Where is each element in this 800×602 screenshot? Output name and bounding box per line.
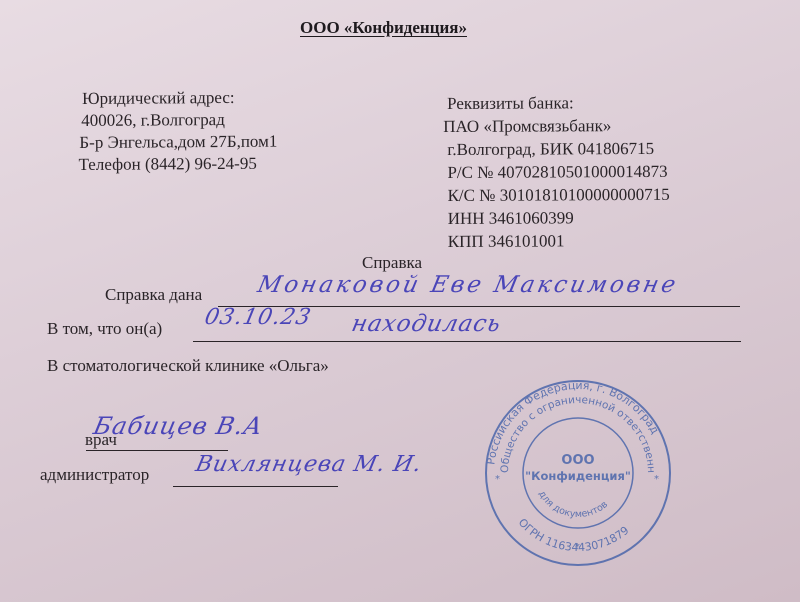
clinic-line: В стоматологической клинике «Ольга» [47, 356, 329, 376]
company-title: ООО «Конфиденция» [300, 18, 467, 38]
bank-line: К/С № 30101810100000000715 [447, 183, 669, 207]
status-handwritten: находилась [349, 311, 503, 337]
bank-details-block: Реквизиты банка: ПАО «Промсвязьбанк» г.В… [447, 91, 670, 253]
legal-address-line: 400026, г.Волгоград [78, 109, 277, 132]
stamp-center-top: ООО [561, 453, 594, 468]
document-page: ООО «Конфиденция» Юридический адрес: 400… [0, 0, 800, 602]
stamp-star-bottom: * [575, 542, 580, 553]
bank-heading: Реквизиты банка: [447, 91, 669, 115]
stamp-center-main: "Конфиденция" [525, 469, 631, 483]
administrator-signature: Вихлянцева М. И. [193, 452, 424, 477]
administrator-underline [173, 486, 338, 487]
certificate-heading: Справка [362, 253, 422, 273]
legal-address-heading: Юридический адрес: [78, 87, 277, 110]
issued-to-label: Справка дана [105, 285, 202, 305]
bank-line: КПП 346101001 [448, 229, 670, 253]
phone-line: Телефон (8442) 96-24-95 [78, 153, 277, 176]
bank-line: Р/С № 40702810501000014873 [447, 160, 669, 184]
stamp-bottom-text: ОГРН 1163443071879 [516, 516, 632, 554]
administrator-label: администратор [40, 465, 149, 485]
bank-line: ПАО «Промсвязьбанк» [443, 114, 669, 138]
issued-to-handwritten: Монаковой Еве Максимовне [255, 272, 681, 298]
svg-text:ОГРН 1163443071879: ОГРН 1163443071879 [516, 516, 632, 554]
bank-line: ИНН 3461060399 [448, 206, 670, 230]
status-label: В том, что он(а) [47, 319, 162, 339]
legal-address-block: Юридический адрес: 400026, г.Волгоград Б… [78, 87, 278, 176]
status-date-handwritten: 03.10.23 [202, 305, 313, 330]
stamp-star-left: * [495, 474, 500, 485]
status-underline [193, 341, 741, 342]
bank-line: г.Волгоград, БИК 041806715 [447, 137, 669, 161]
doctor-underline [86, 450, 228, 451]
stamp-star-right: * [654, 474, 659, 485]
doctor-signature: Бабицев В.А [91, 412, 266, 440]
company-stamp: Российская Федерация, г. Волгоград Общес… [483, 378, 673, 568]
stamp-center-bottom: для документов [536, 489, 610, 520]
legal-address-line: Б-р Энгельса,дом 27Б,пом1 [78, 131, 277, 154]
svg-text:для документов: для документов [536, 489, 610, 520]
